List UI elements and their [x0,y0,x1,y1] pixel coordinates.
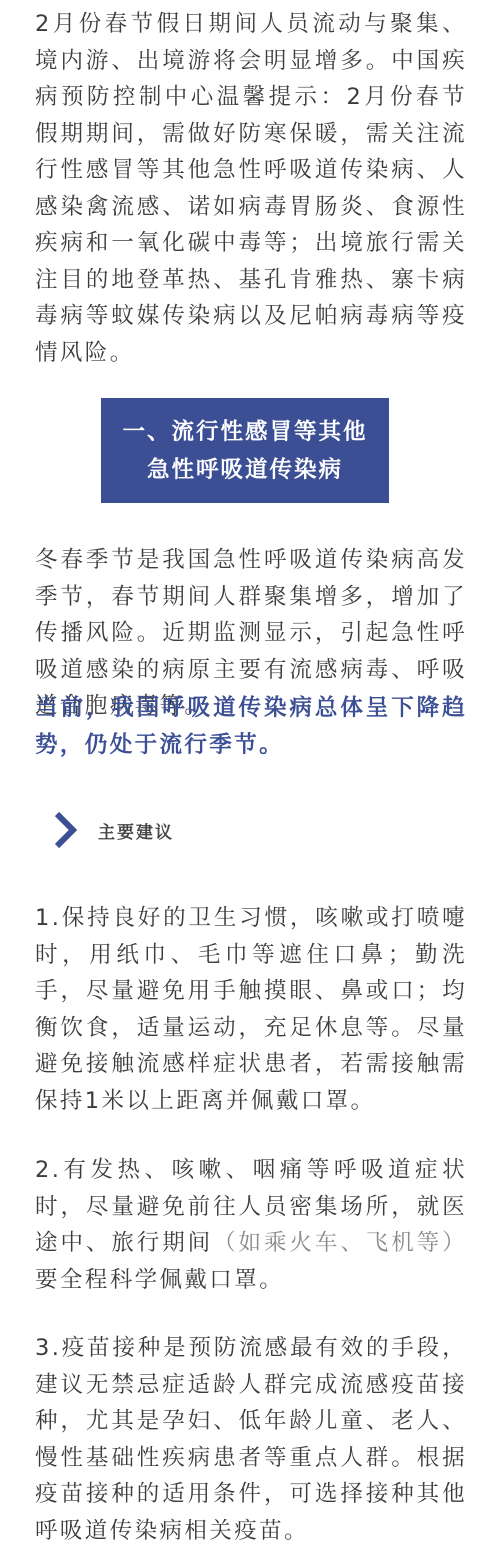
subheading-label: 主要建议 [98,818,174,843]
suggestion-2-muted-text: （如乘火车、飞机等） [213,1230,467,1256]
chevron-right-icon [52,810,78,850]
section-header-line-1: 一、流行性感冒等其他 [101,413,389,451]
intro-paragraph: 2月份春节假日期间人员流动与聚集、境内游、出境游将会明显增多。中国疾病预防控制中… [35,6,467,371]
suggestion-2-text-after: 要全程科学佩戴口罩。 [35,1267,284,1293]
section-header-line-2: 急性呼吸道传染病 [101,451,389,489]
emphasis-paragraph: 当前，我国呼吸道传染病总体呈下降趋势，仍处于流行季节。 [35,690,467,763]
section-header-box: 一、流行性感冒等其他 急性呼吸道传染病 [101,398,389,503]
suggestion-1: 1.保持良好的卫生习惯，咳嗽或打喷嚏时，用纸巾、毛巾等遮住口鼻；勤洗手，尽量避免… [35,900,467,1119]
suggestion-3: 3.疫苗接种是预防流感最有效的手段，建议无禁忌症适龄人群完成流感疫苗接种，尤其是… [35,1330,467,1549]
suggestion-2: 2.有发热、咳嗽、咽痛等呼吸道症状时，尽量避免前往人员密集场所，就医途中、旅行期… [35,1152,467,1298]
subheading: 主要建议 [52,810,174,850]
